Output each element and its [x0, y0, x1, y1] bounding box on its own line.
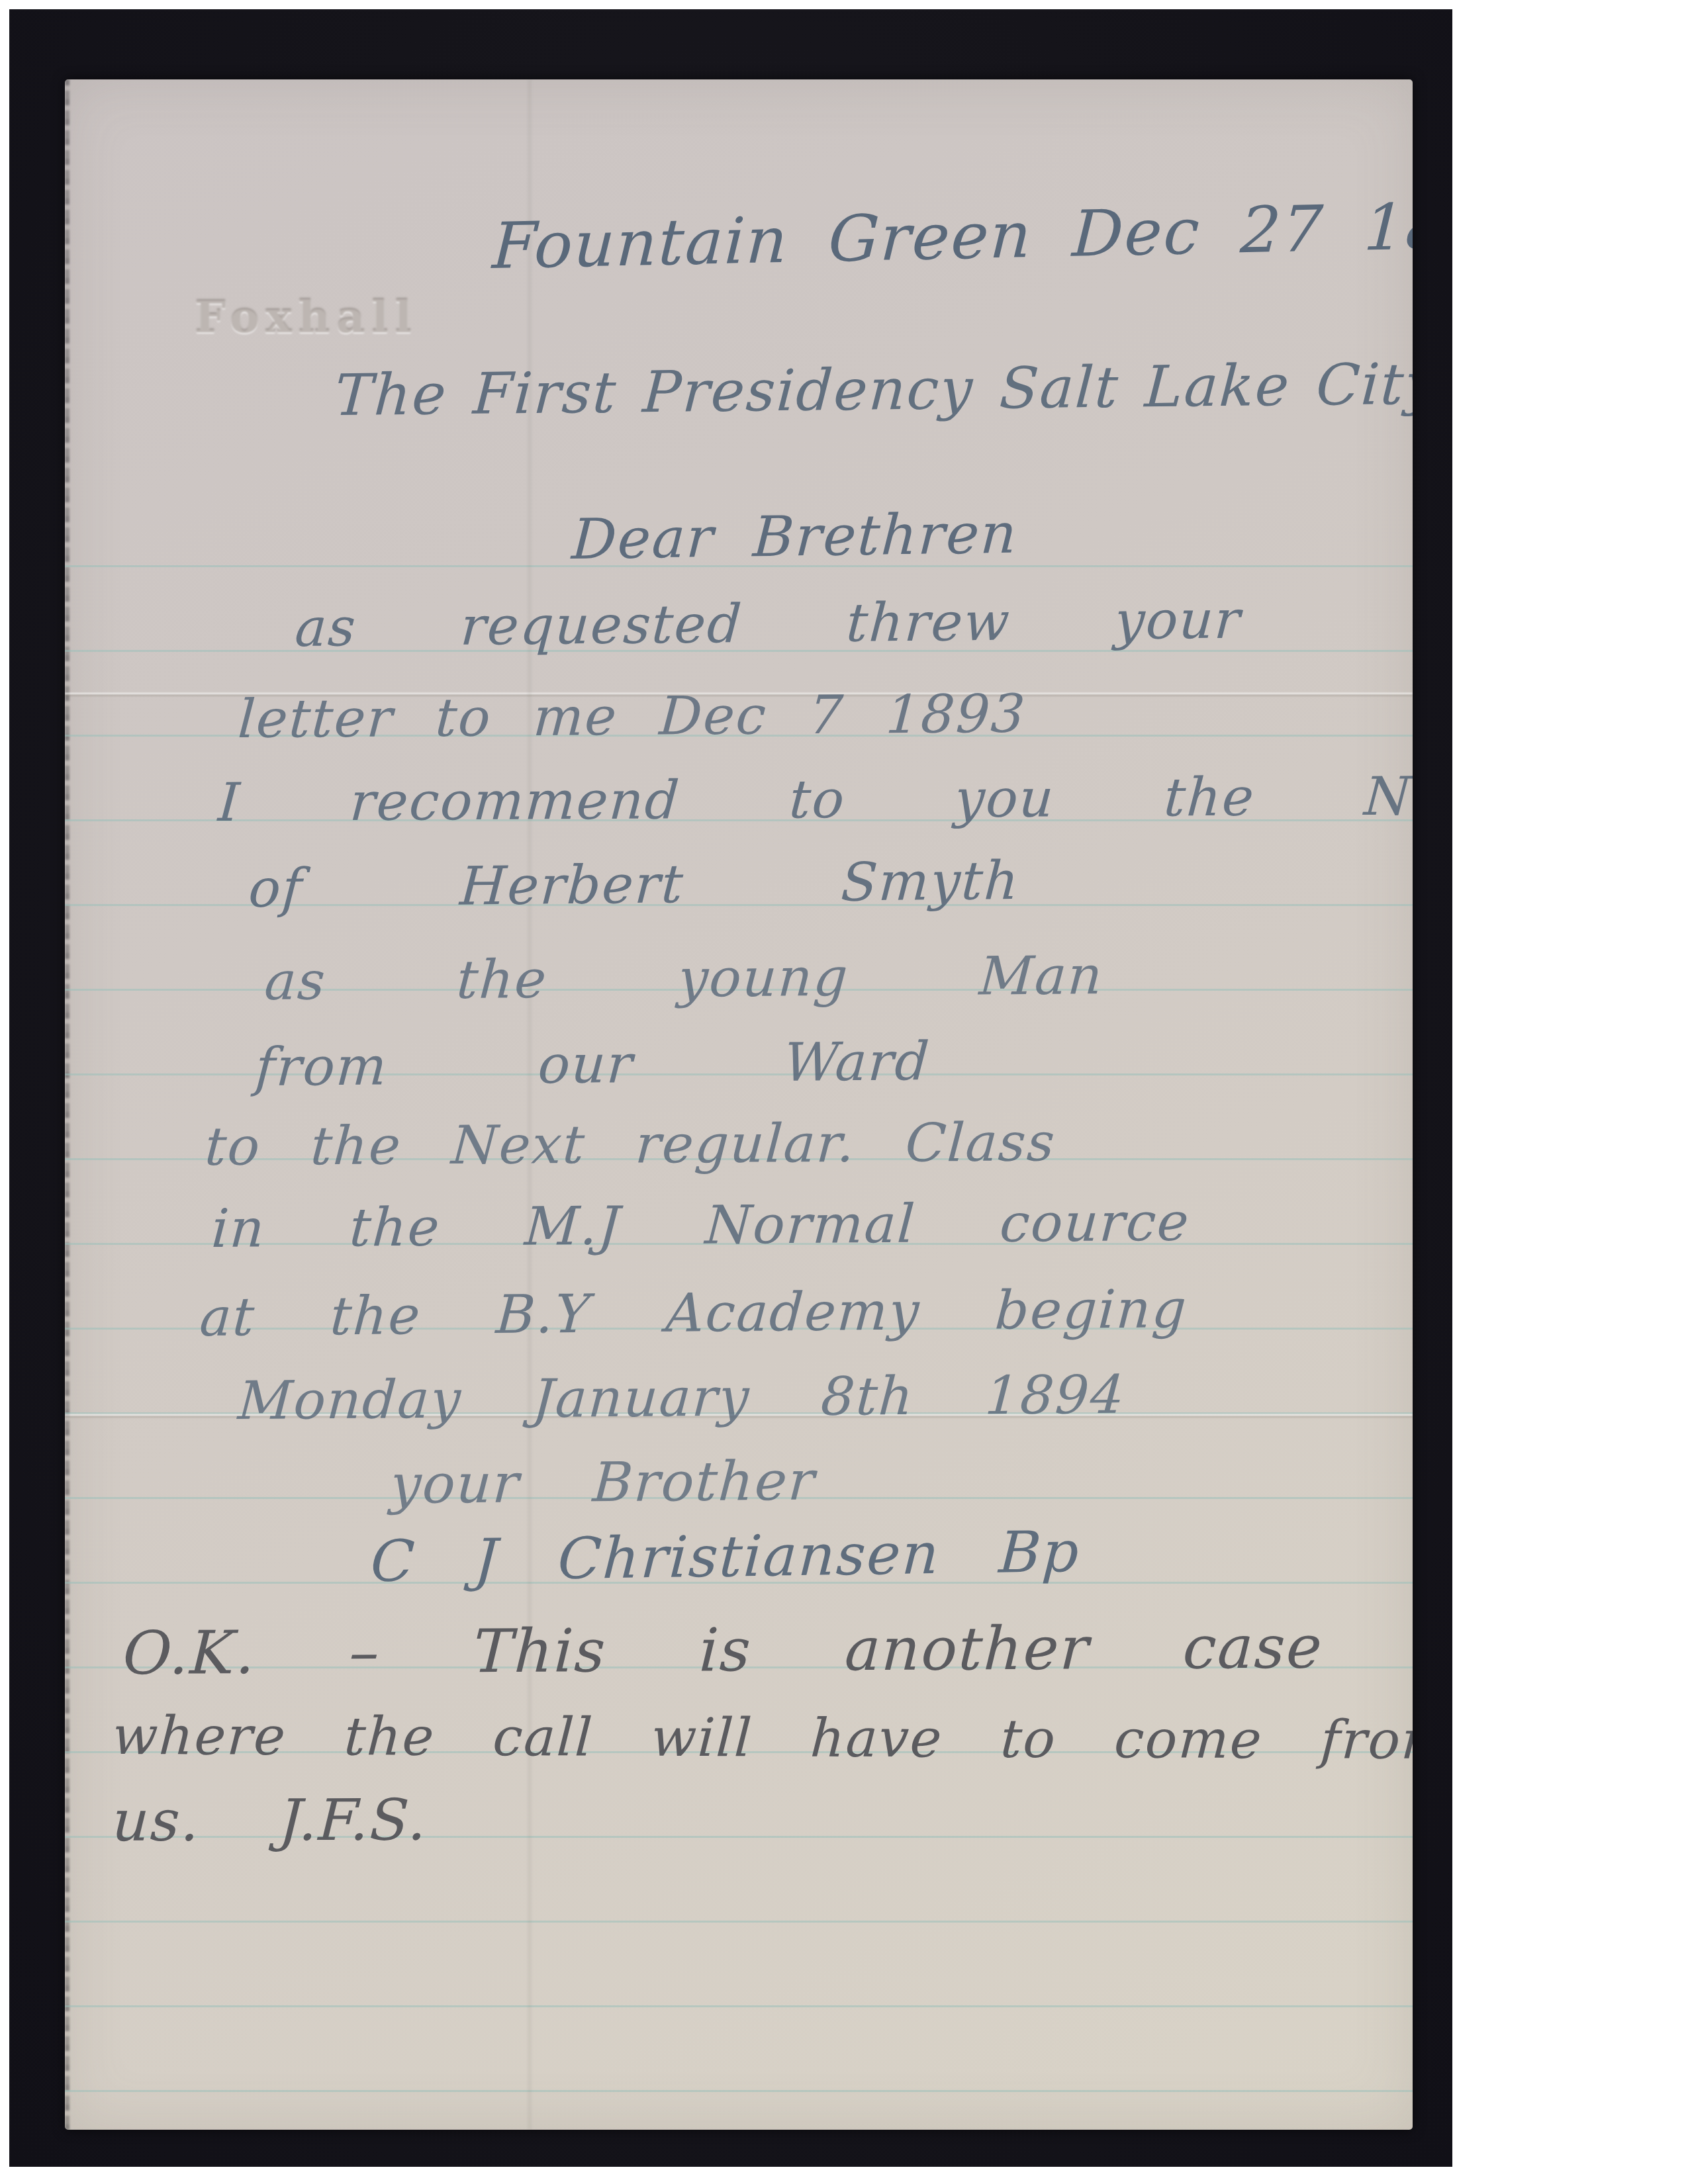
body-line: at the B.Y Academy beging: [198, 1278, 1189, 1348]
pencil-annotation-line: us. J.F.S.: [111, 1787, 430, 1854]
body-line: from our Ward: [254, 1030, 932, 1098]
pencil-annotation-line: where the call will have to come from: [111, 1705, 1413, 1771]
body-line: I recommend to you the Name: [216, 765, 1413, 833]
scan-canvas: Foxhall Fountain Green Dec 27 1893 The F…: [0, 0, 1688, 2184]
body-line: as requested threw your: [293, 589, 1243, 659]
pencil-annotation-line: O.K. – This is another case: [122, 1612, 1325, 1688]
black-mat: Foxhall Fountain Green Dec 27 1893 The F…: [9, 9, 1452, 2167]
body-line: letter to me Dec 7 1893: [236, 683, 1028, 750]
body-line: Monday January 8th 1894: [236, 1364, 1127, 1432]
letter-page: Foxhall Fountain Green Dec 27 1893 The F…: [65, 79, 1413, 2130]
salutation: Dear Brethren: [570, 501, 1019, 572]
body-line: in the M.J Normal cource: [210, 1191, 1192, 1259]
body-line: to the Next regular. Class: [203, 1111, 1058, 1177]
dateline: Fountain Green Dec 27 1893: [491, 187, 1413, 283]
body-line: as the young Man: [263, 944, 1105, 1012]
addressee-line: The First Presidency Salt Lake City: [333, 351, 1413, 430]
embossed-stamp: Foxhall: [195, 291, 418, 343]
signature: C J Christiansen Bp: [369, 1519, 1082, 1595]
body-line: of Herbert Smyth: [247, 850, 1021, 919]
valediction: your Brother: [389, 1449, 818, 1516]
